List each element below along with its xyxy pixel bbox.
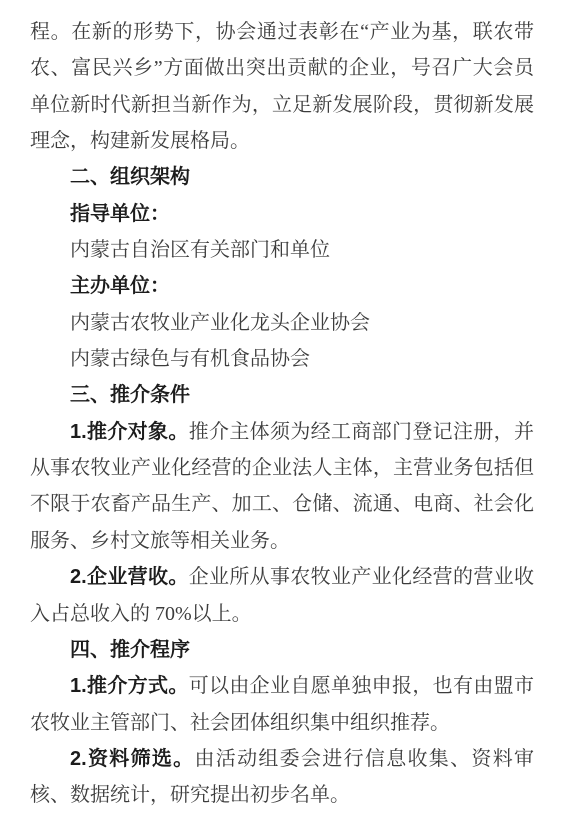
heading-text: 二、组织架构 [70, 166, 190, 188]
paragraph-host-unit-value-2: 内蒙古绿色与有机食品协会 [30, 341, 534, 377]
section-heading-4: 四、推介程序 [30, 632, 534, 668]
sub-heading-text: 主办单位： [70, 275, 170, 297]
paragraph-text: 内蒙古绿色与有机食品协会 [70, 348, 310, 370]
paragraph-guiding-unit-value: 内蒙古自治区有关部门和单位 [30, 232, 534, 268]
sub-heading-guiding-unit: 指导单位： [30, 196, 534, 232]
document-page: 程。在新的形势下，协会通过表彰在“产业为基，联农带农、富民兴乡”方面做出突出贡献… [0, 0, 563, 824]
item-lead: 2.资料筛选。 [70, 748, 194, 770]
paragraph-continuation: 程。在新的形势下，协会通过表彰在“产业为基，联农带农、富民兴乡”方面做出突出贡献… [30, 14, 534, 159]
paragraph-text: 程。在新的形势下，协会通过表彰在“产业为基，联农带农、富民兴乡”方面做出突出贡献… [30, 21, 534, 152]
paragraph-text: 内蒙古农牧业产业化龙头企业协会 [70, 312, 370, 334]
sub-heading-text: 指导单位： [70, 203, 170, 225]
section-heading-2: 二、组织架构 [30, 159, 534, 195]
paragraph-host-unit-value-1: 内蒙古农牧业产业化龙头企业协会 [30, 305, 534, 341]
numbered-item-recommend-method: 1.推介方式。可以由企业自愿单独申报，也有由盟市农牧业主管部门、社会团体组织集中… [30, 668, 534, 741]
sub-heading-host-unit: 主办单位： [30, 268, 534, 304]
section-heading-3: 三、推介条件 [30, 377, 534, 413]
item-lead: 1.推介对象。 [70, 421, 189, 443]
numbered-item-enterprise-revenue: 2.企业营收。企业所从事农牧业产业化经营的营业收入占总收入的 70%以上。 [30, 559, 534, 632]
item-lead: 1.推介方式。 [70, 675, 189, 697]
paragraph-text: 内蒙古自治区有关部门和单位 [70, 239, 330, 261]
numbered-item-material-screening: 2.资料筛选。由活动组委会进行信息收集、资料审核、数据统计，研究提出初步名单。 [30, 741, 534, 814]
item-lead: 2.企业营收。 [70, 566, 189, 588]
heading-text: 三、推介条件 [70, 384, 190, 406]
heading-text: 四、推介程序 [70, 639, 190, 661]
numbered-item-recommend-target: 1.推介对象。推介主体须为经工商部门登记注册，并从事农牧业产业化经营的企业法人主… [30, 414, 534, 559]
